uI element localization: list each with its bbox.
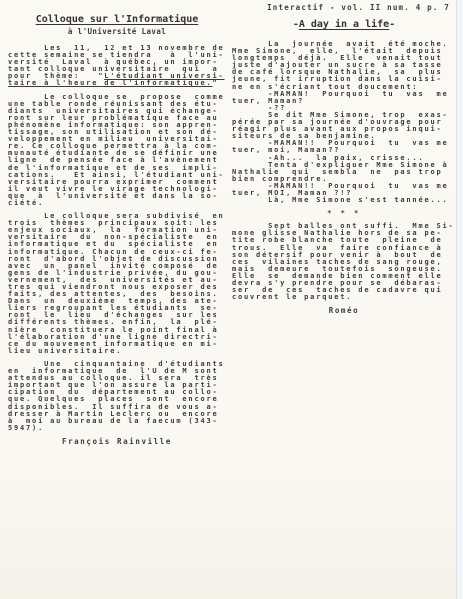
article-title-left-text: Colloque sur l'Informatique	[36, 14, 199, 25]
article-title-right: -A day in a life-	[232, 19, 456, 31]
story-block-1: La journée avait été moche. Mme Simone, …	[232, 41, 456, 204]
article-subtitle-left: à l'Université Laval	[8, 27, 226, 36]
scanned-page: Interactif - vol. II num. 4 p. 7 Colloqu…	[0, 0, 463, 599]
issue-header: Interactif - vol. II num. 4 p. 7	[267, 3, 450, 12]
title-close-dash: -	[389, 19, 395, 30]
paragraph-1-close-quote: "	[213, 79, 219, 87]
article-title-left: Colloque sur l'Informatique	[8, 14, 226, 26]
section-separator: * * *	[232, 210, 456, 217]
article-colloque: Colloque sur l'Informatique à l'Universi…	[8, 14, 226, 445]
article-body-right: La journée avait été moche. Mme Simone, …	[232, 41, 456, 314]
author-signature-right: Roméo	[232, 307, 456, 314]
paragraph-3: Le colloque sera subdivisé en trois thèm…	[8, 213, 226, 355]
paragraph-1: Les 11, 12 et 13 novembre de cette semai…	[8, 45, 226, 88]
article-body-left: Les 11, 12 et 13 novembre de cette semai…	[8, 45, 226, 445]
author-signature-left: François Rainville	[8, 438, 226, 445]
article-day-in-a-life: -A day in a life- La journée avait été m…	[232, 14, 456, 314]
paragraph-2: Le colloque se propose comme une table r…	[8, 94, 226, 208]
story-block-2: Sept balles ont suffi. Mme Si- mone glis…	[232, 223, 456, 301]
paragraph-4: Une cinquantaine d'étudiants en informat…	[8, 361, 226, 432]
page-edge-shadow	[456, 0, 463, 599]
article-title-right-text: A day in a life	[299, 19, 389, 30]
